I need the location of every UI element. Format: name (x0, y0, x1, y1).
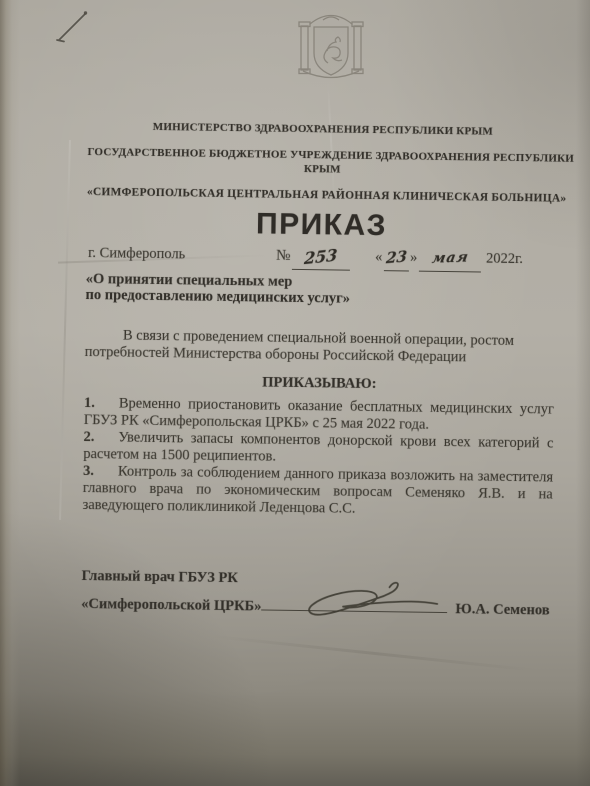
hospital-line: «СИМФЕРОПОЛЬСКАЯ ЦЕНТРАЛЬНАЯ РАЙОННАЯ КЛ… (87, 184, 557, 208)
order-title: ПРИКАЗ (86, 207, 556, 244)
paper-right-edge (576, 0, 590, 786)
handwritten-signature (293, 576, 444, 624)
item-text: Временно приостановить оказание бесплатн… (84, 395, 554, 432)
item-text: Контроль за соблюдением данного приказа … (82, 463, 553, 516)
order-number-handwritten: 253 (304, 246, 338, 267)
day-underline: 23 (384, 249, 409, 271)
order-number-label: № (276, 248, 291, 265)
item-number: 3. (83, 463, 94, 479)
paper-crease (59, 140, 71, 520)
month-underline: мая (419, 250, 481, 273)
signer-position-line-2: «Симферопольской ЦРКБ» (81, 596, 261, 615)
pen-stroke-icon (48, 6, 94, 48)
crimea-coat-of-arms-icon (296, 11, 366, 85)
intro-paragraph: В связи с проведением специальной военно… (85, 327, 555, 368)
year-label: 2022г. (486, 251, 523, 269)
signature-row: «Симферопольской ЦРКБ»Ю.А. Семенов (81, 593, 551, 626)
ministry-line: МИНИСТЕРСТВО ЗДРАВООХРАНЕНИЯ РЕСПУБЛИКИ … (88, 118, 558, 142)
month-handwritten: мая (430, 249, 469, 268)
item-number: 2. (83, 429, 94, 445)
document-photo: МИНИСТЕРСТВО ЗДРАВООХРАНЕНИЯ РЕСПУБЛИКИ … (0, 0, 590, 786)
order-subject: «О принятии специальных мер по предостав… (85, 272, 555, 310)
city-label: г. Симферополь (88, 245, 185, 263)
order-item-3: 3.Контроль за соблюдением данного приказ… (82, 463, 553, 521)
paper-crease (211, 635, 540, 672)
item-text: Увеличить запасы компонентов донорской к… (83, 429, 553, 464)
institution-line: ГОСУДАРСТВЕННОЕ БЮДЖЕТНОЕ УЧРЕЖДЕНИЕ ЗДР… (87, 145, 557, 180)
item-number: 1. (84, 395, 95, 411)
day-quote-close: » (410, 250, 417, 267)
day-handwritten: 23 (385, 248, 407, 267)
paper-left-edge (0, 0, 20, 786)
document-body: МИНИСТЕРСТВО ЗДРАВООХРАНЕНИЯ РЕСПУБЛИКИ … (81, 118, 558, 626)
signature-block: Главный врач ГБУЗ РК «Симферопольской ЦР… (81, 568, 552, 626)
signer-name: Ю.А. Семенов (455, 601, 549, 618)
order-number-underline: 253 (292, 248, 350, 271)
day-quote-open: « (375, 249, 382, 266)
order-verb: ПРИКАЗЫВАЮ: (84, 372, 554, 396)
